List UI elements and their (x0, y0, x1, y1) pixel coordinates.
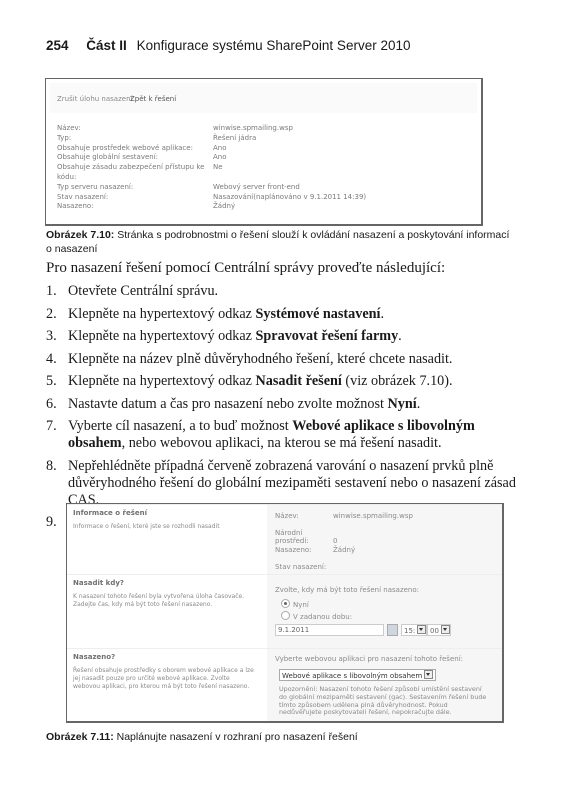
section-description: Informace o řešení, které jste se rozhod… (73, 523, 258, 531)
property-row: Název:winwise.spmailing.wsp (57, 124, 463, 134)
part-label: Část II (86, 38, 127, 53)
list-item: 5.Klepněte na hypertextový odkaz Nasadit… (46, 373, 526, 390)
section-description: Řešení obsahuje prostředky s oborem webo… (73, 667, 258, 691)
chapter-title: Konfigurace systému SharePoint Server 20… (137, 38, 411, 53)
chevron-down-icon[interactable] (417, 625, 426, 634)
list-item: 3.Klepněte na hypertextový odkaz Spravov… (46, 328, 526, 345)
solution-toolbar: Zrušit úlohu nasazení Zpět k řešení (50, 83, 477, 113)
steps-list: 1.Otevřete Centrální správu. 2.Klepněte … (46, 283, 526, 537)
property-row: Obsahuje zásadu zabezpečení přístupu ke … (57, 163, 463, 183)
figure-solution-details: Zrušit úlohu nasazení Zpět k řešení Náze… (45, 78, 483, 226)
list-item: 7.Vyberte cíl nasazení, a to buď možnost… (46, 418, 526, 452)
figure-caption-7-10: Obrázek 7.10: Stránka s podrobnostmi o ř… (46, 228, 516, 256)
figure-caption-7-11: Obrázek 7.11: Naplánujte nasazení v rozh… (46, 730, 516, 744)
cancel-deployment-link[interactable]: Zrušit úlohu nasazení (57, 95, 132, 103)
chevron-down-icon[interactable] (424, 670, 433, 679)
property-row: Obsahuje prostředek webové aplikace:Ano (57, 144, 463, 154)
list-item: 1.Otevřete Centrální správu. (46, 283, 526, 300)
deploy-when-prompt: Zvolte, kdy má být toto řešení nasazeno: (275, 586, 419, 594)
section-solution-info: Informace o řešení Informace o řešení, k… (67, 504, 502, 574)
field-locale: Národní prostředí:0 (275, 529, 337, 545)
caption-text: Stránka s podrobnostmi o řešení slouží k… (46, 229, 509, 255)
section-deploy-where: Nasazeno? Řešení obsahuje prostředky s o… (67, 648, 502, 721)
webapp-prompt: Vyberte webovou aplikaci pro nasazení to… (275, 655, 463, 663)
list-item: 2.Klepněte na hypertextový odkaz Systémo… (46, 306, 526, 323)
option-now[interactable]: Nyní (281, 599, 309, 609)
intro-paragraph: Pro nasazení řešení pomocí Centrální spr… (46, 260, 445, 277)
field-deployed: Nasazeno:Žádný (275, 546, 355, 554)
field-status: Stav nasazení: (275, 563, 333, 571)
webapp-select[interactable]: Webové aplikace s libovolným obsahem (279, 669, 436, 681)
caption-text: Naplánujte nasazení v rozhraní pro nasaz… (114, 731, 358, 743)
figure-deploy-solution: Informace o řešení Informace o řešení, k… (66, 503, 504, 723)
running-head: 254 Část II Konfigurace systému SharePoi… (46, 38, 410, 53)
list-item: 4.Klepněte na název plně důvěryhodného ř… (46, 351, 526, 368)
gac-warning: Upozornění: Nasazení tohoto řešení způso… (279, 686, 489, 717)
section-heading: Nasadit kdy? (73, 579, 124, 587)
field-name: Název:winwise.spmailing.wsp (275, 512, 413, 520)
calendar-icon[interactable] (387, 624, 398, 636)
minute-select[interactable]: 00 (427, 624, 451, 636)
chevron-down-icon[interactable] (441, 625, 450, 634)
property-row: Nasazeno:Žádný (57, 202, 463, 212)
property-row: Obsahuje globální sestavení:Ano (57, 153, 463, 163)
section-heading: Nasazeno? (73, 653, 115, 661)
section-heading: Informace o řešení (73, 509, 147, 517)
list-item: 6.Nastavte datum a čas pro nasazení nebo… (46, 396, 526, 413)
hour-select[interactable]: 15: (401, 624, 427, 636)
property-row: Typ serveru nasazení:Webový server front… (57, 183, 463, 193)
caption-label: Obrázek 7.11: (46, 731, 114, 743)
solution-properties: Název:winwise.spmailing.wsp Typ:Řešení j… (57, 124, 463, 212)
date-input[interactable]: 9.1.2011 (275, 624, 384, 636)
option-scheduled[interactable]: V zadanou dobu: (281, 611, 352, 621)
section-deploy-when: Nasadit kdy? K nasazení tohoto řešení by… (67, 574, 502, 648)
page-number: 254 (46, 38, 69, 53)
section-description: K nasazení tohoto řešení byla vytvořena … (73, 593, 258, 609)
property-row: Typ:Řešení jádra (57, 134, 463, 144)
radio-scheduled[interactable] (281, 611, 290, 620)
list-item: 8.Nepřehlédněte případná červeně zobraze… (46, 458, 526, 509)
property-row: Stav nasazení:Nasazování(naplánováno v 9… (57, 193, 463, 203)
caption-label: Obrázek 7.10: (46, 229, 114, 241)
back-to-solutions-link[interactable]: Zpět k řešení (130, 95, 176, 103)
radio-now[interactable] (281, 599, 290, 608)
